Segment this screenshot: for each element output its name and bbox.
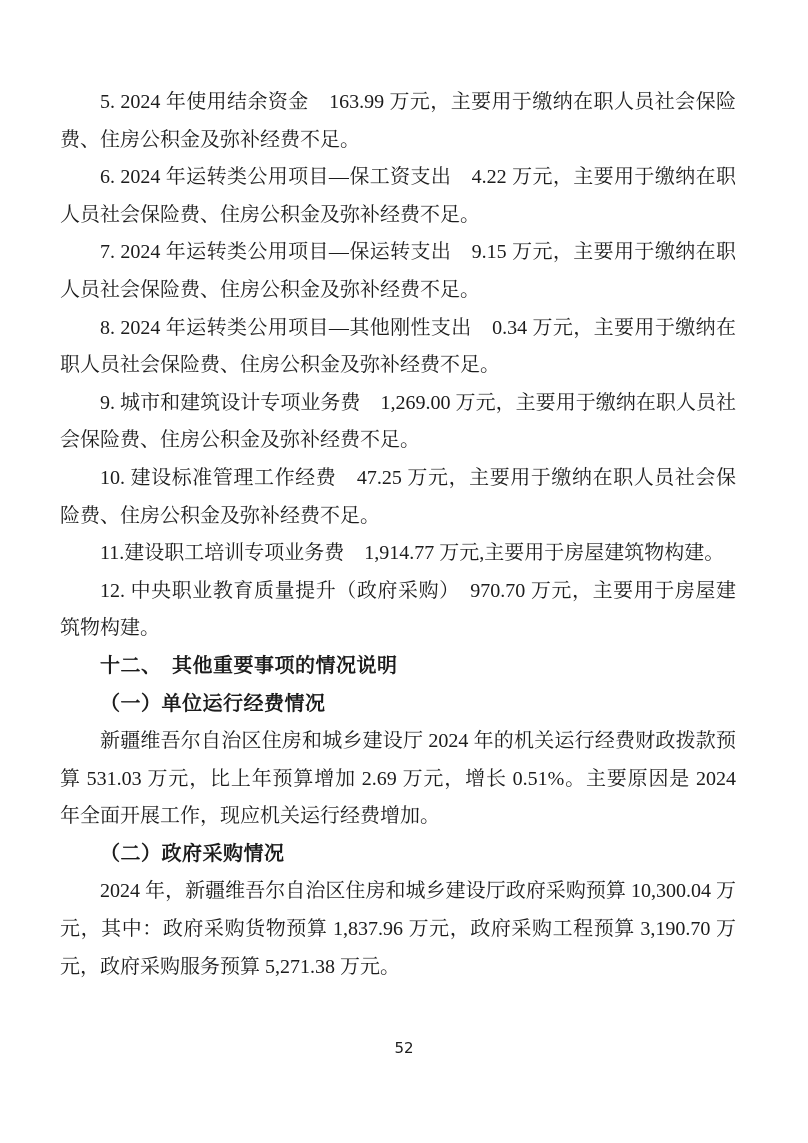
sub-heading: （一）单位运行经费情况 [60, 686, 736, 724]
paragraph: 2024 年，新疆维吾尔自治区住房和城乡建设厅政府采购预算 10,300.04 … [60, 873, 736, 986]
paragraph: 6. 2024 年运转类公用项目—保工资支出 4.22 万元，主要用于缴纳在职人… [60, 159, 736, 234]
paragraph: 9. 城市和建筑设计专项业务费 1,269.00 万元，主要用于缴纳在职人员社会… [60, 385, 736, 460]
document-page: 5. 2024 年使用结余资金 163.99 万元，主要用于缴纳在职人员社会保险… [0, 0, 808, 1143]
paragraph: 8. 2024 年运转类公用项目—其他刚性支出 0.34 万元，主要用于缴纳在职… [60, 310, 736, 385]
paragraph: 11.建设职工培训专项业务费 1,914.77 万元,主要用于房屋建筑物构建。 [60, 535, 736, 573]
section-heading: 十二、 其他重要事项的情况说明 [60, 648, 736, 686]
paragraph: 10. 建设标准管理工作经费 47.25 万元，主要用于缴纳在职人员社会保险费、… [60, 460, 736, 535]
page-number: 52 [0, 1039, 808, 1057]
document-body: 5. 2024 年使用结余资金 163.99 万元，主要用于缴纳在职人员社会保险… [60, 84, 736, 986]
paragraph: 5. 2024 年使用结余资金 163.99 万元，主要用于缴纳在职人员社会保险… [60, 84, 736, 159]
paragraph: 新疆维吾尔自治区住房和城乡建设厅 2024 年的机关运行经费财政拨款预算 531… [60, 723, 736, 836]
sub-heading: （二）政府采购情况 [60, 836, 736, 874]
paragraph: 12. 中央职业教育质量提升（政府采购） 970.70 万元，主要用于房屋建筑物… [60, 573, 736, 648]
paragraph: 7. 2024 年运转类公用项目—保运转支出 9.15 万元，主要用于缴纳在职人… [60, 234, 736, 309]
